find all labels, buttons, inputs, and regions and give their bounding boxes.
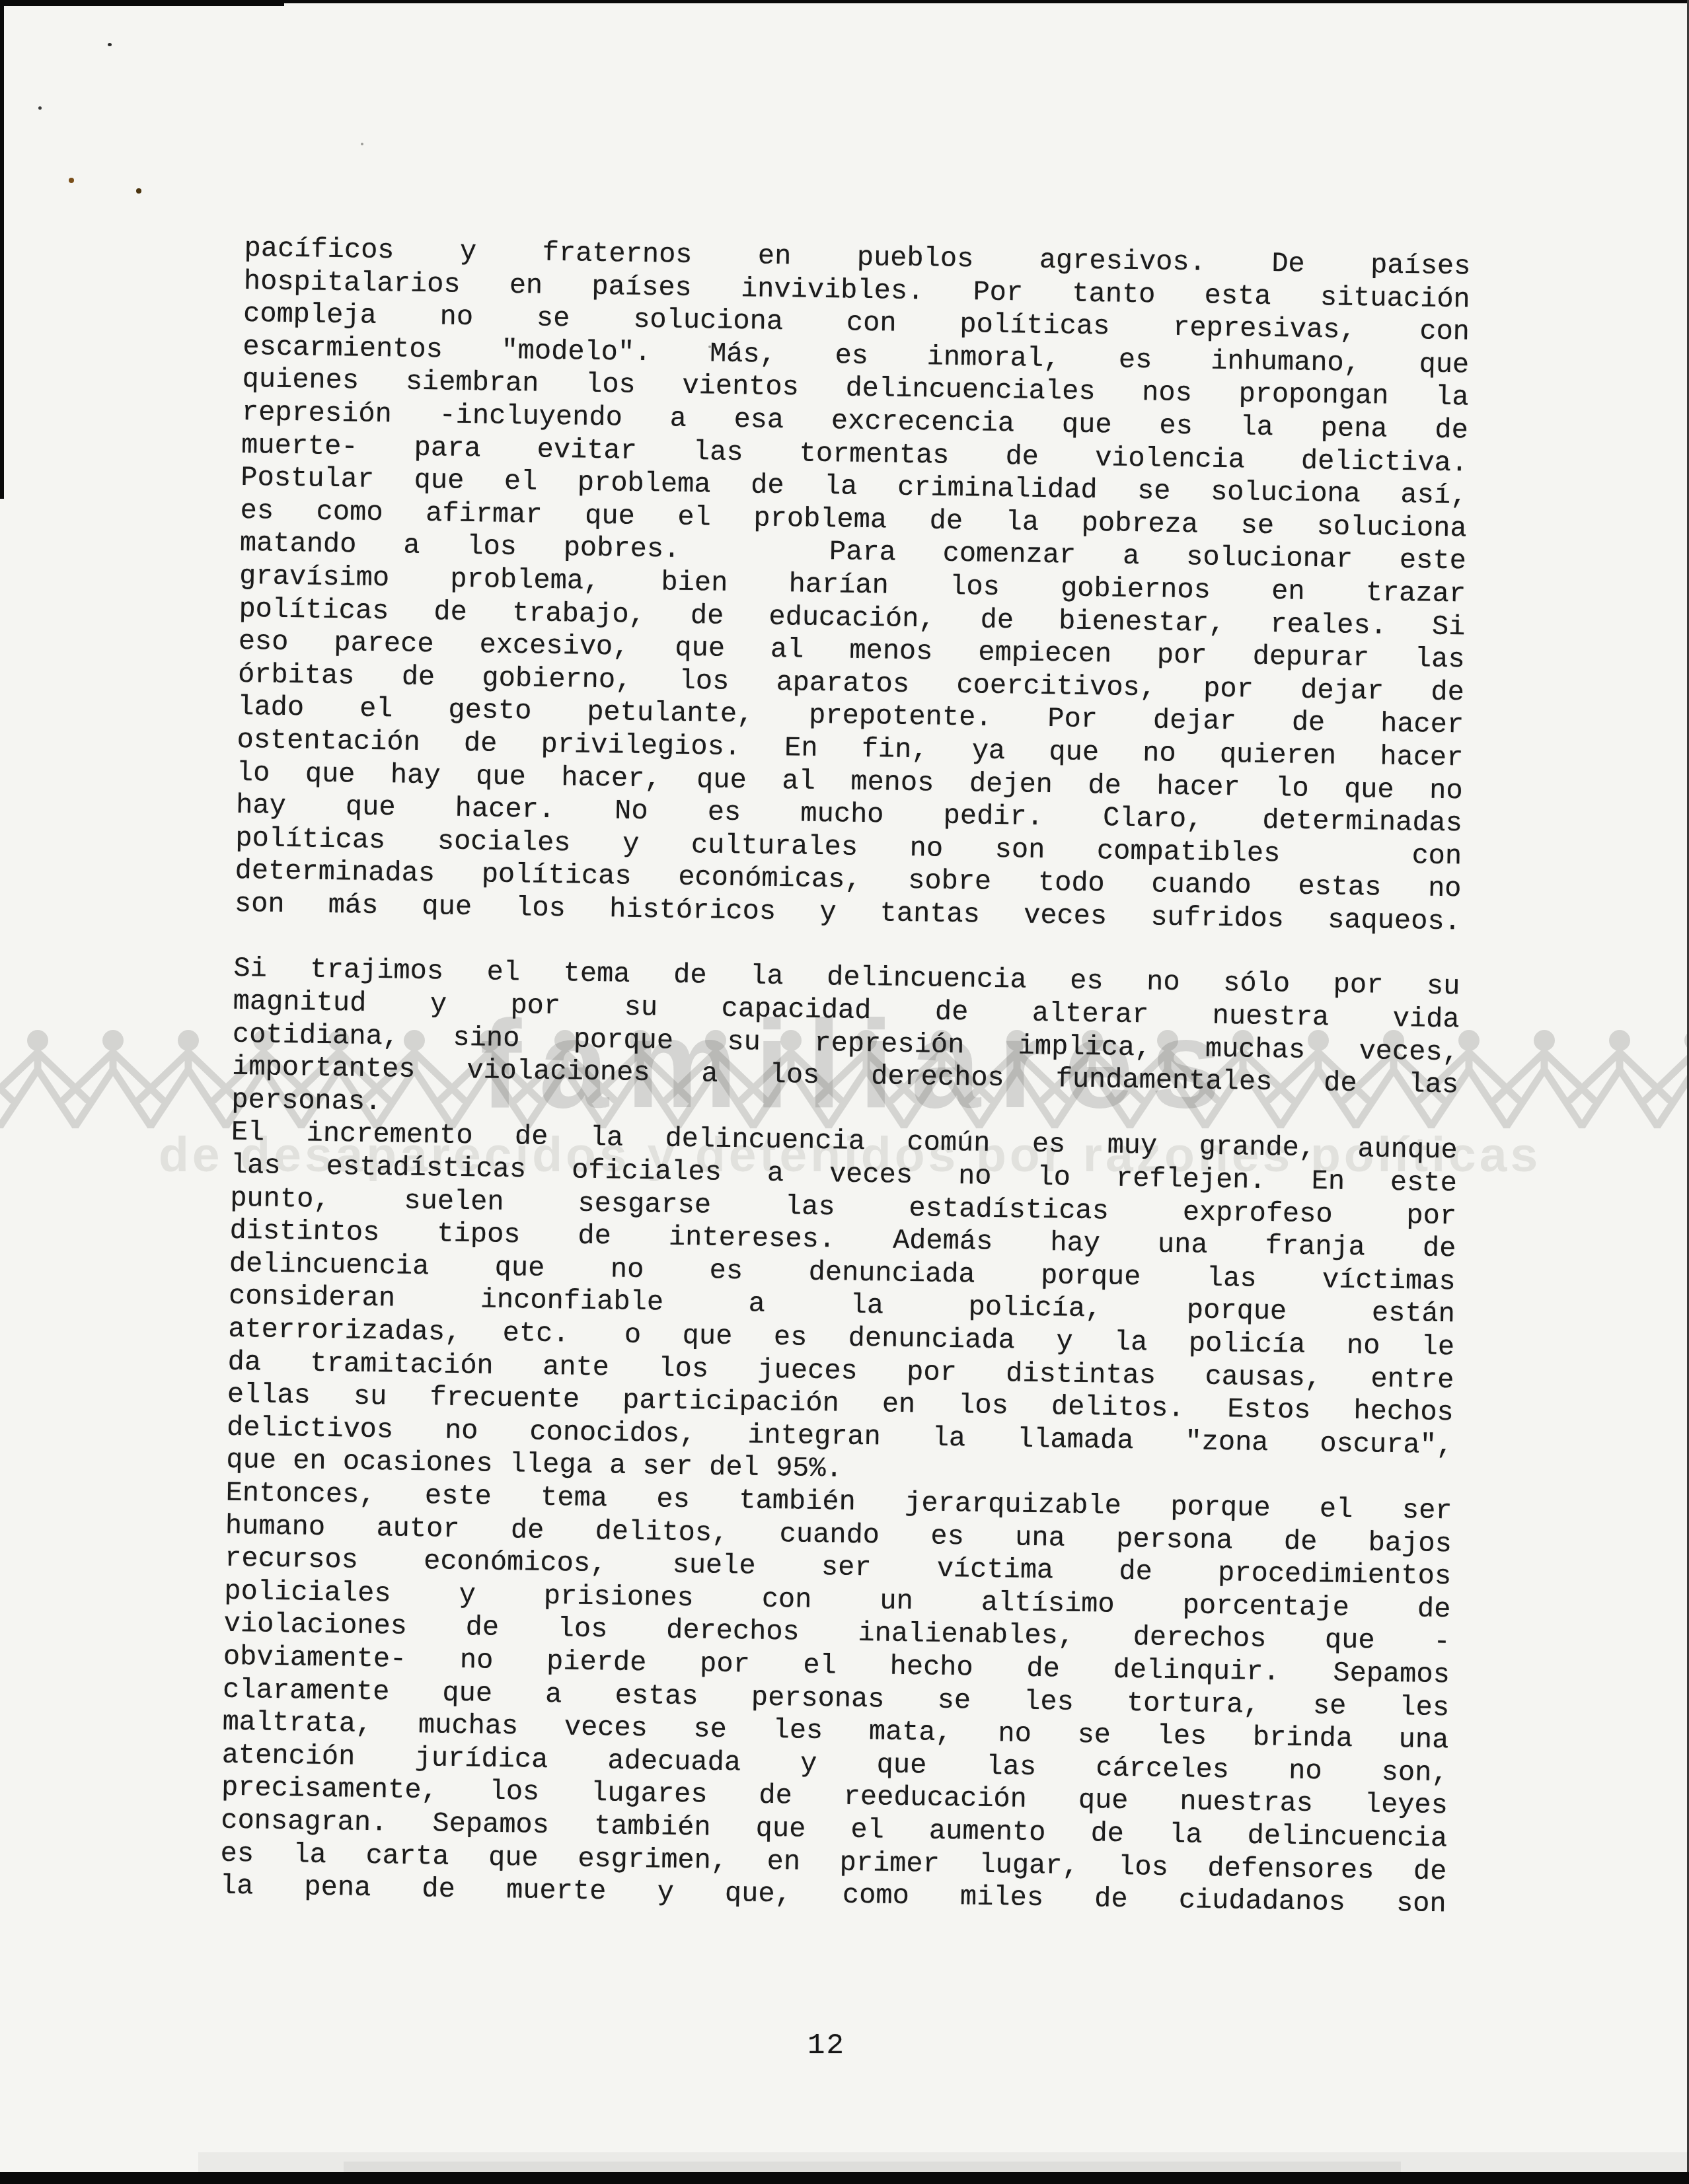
dust-speck [708, 346, 711, 348]
dust-speck [38, 106, 42, 110]
scan-edge-left [0, 0, 4, 499]
dust-speck [108, 43, 112, 46]
dust-speck [136, 188, 141, 194]
paragraph: Si trajimos el tema de la delincuencia e… [219, 953, 1460, 1921]
scanned-document-page: familiares de desaparecidos y detenidos … [0, 0, 1689, 2184]
scan-edge-top-left [0, 0, 284, 6]
page-number: 12 [807, 2029, 845, 2062]
document-text-block: pacíficos y fraternos en pueblos agresiv… [219, 233, 1470, 1921]
scan-edge-bottom [0, 2172, 1689, 2184]
dust-speck [69, 178, 74, 183]
paragraph: pacíficos y fraternos en pueblos agresiv… [235, 233, 1471, 939]
dust-speck [361, 143, 363, 145]
